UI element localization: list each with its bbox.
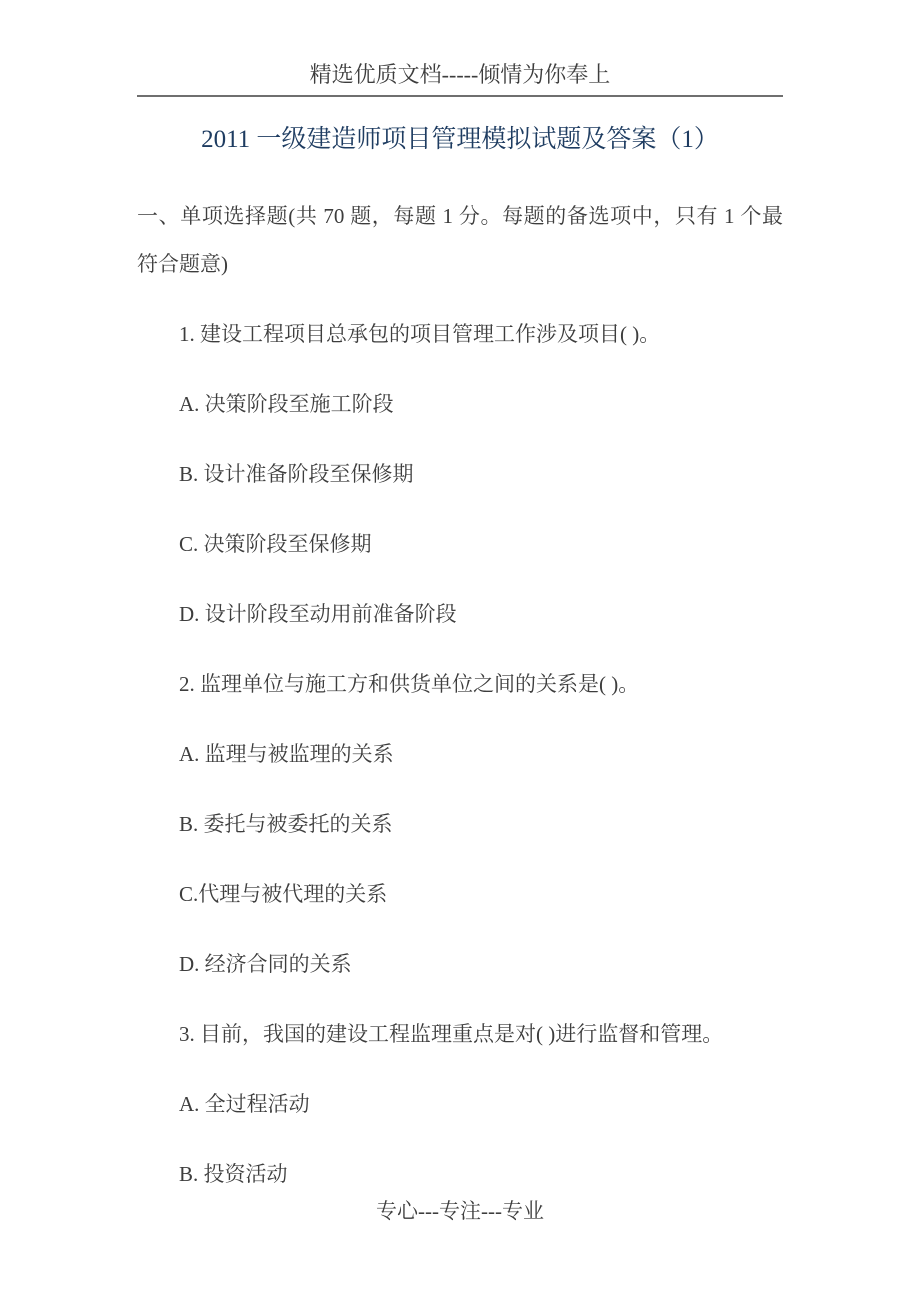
question-1-option-b: B. 设计准备阶段至保修期 (137, 450, 783, 498)
question-2-option-a: A. 监理与被监理的关系 (137, 730, 783, 778)
question-3-option-b: B. 投资活动 (137, 1150, 783, 1198)
question-1-option-c: C. 决策阶段至保修期 (137, 520, 783, 568)
header-rule (137, 95, 783, 97)
question-2-option-b: B. 委托与被委托的关系 (137, 800, 783, 848)
question-3-option-a: A. 全过程活动 (137, 1080, 783, 1128)
page-footer: 专心---专注---专业 (0, 1196, 920, 1226)
question-2-stem: 2. 监理单位与施工方和供货单位之间的关系是( )。 (137, 660, 783, 708)
intro-paragraph: 一、单项选择题(共 70 题，每题 1 分。每题的备选项中，只有 1 个最符合题… (137, 192, 783, 288)
question-2-option-d: D. 经济合同的关系 (137, 940, 783, 988)
page-header: 精选优质文档-----倾情为你奉上 (0, 60, 920, 90)
question-1-option-a: A. 决策阶段至施工阶段 (137, 380, 783, 428)
document-body: 一、单项选择题(共 70 题，每题 1 分。每题的备选项中，只有 1 个最符合题… (137, 192, 783, 1220)
question-1-option-d: D. 设计阶段至动用前准备阶段 (137, 590, 783, 638)
question-1-stem: 1. 建设工程项目总承包的项目管理工作涉及项目( )。 (137, 310, 783, 358)
question-2-option-c: C.代理与被代理的关系 (137, 870, 783, 918)
document-title: 2011 一级建造师项目管理模拟试题及答案（1） (0, 122, 920, 158)
question-3-stem: 3. 目前，我国的建设工程监理重点是对( )进行监督和管理。 (137, 1010, 783, 1058)
document-page: 精选优质文档-----倾情为你奉上 2011 一级建造师项目管理模拟试题及答案（… (0, 0, 920, 1302)
